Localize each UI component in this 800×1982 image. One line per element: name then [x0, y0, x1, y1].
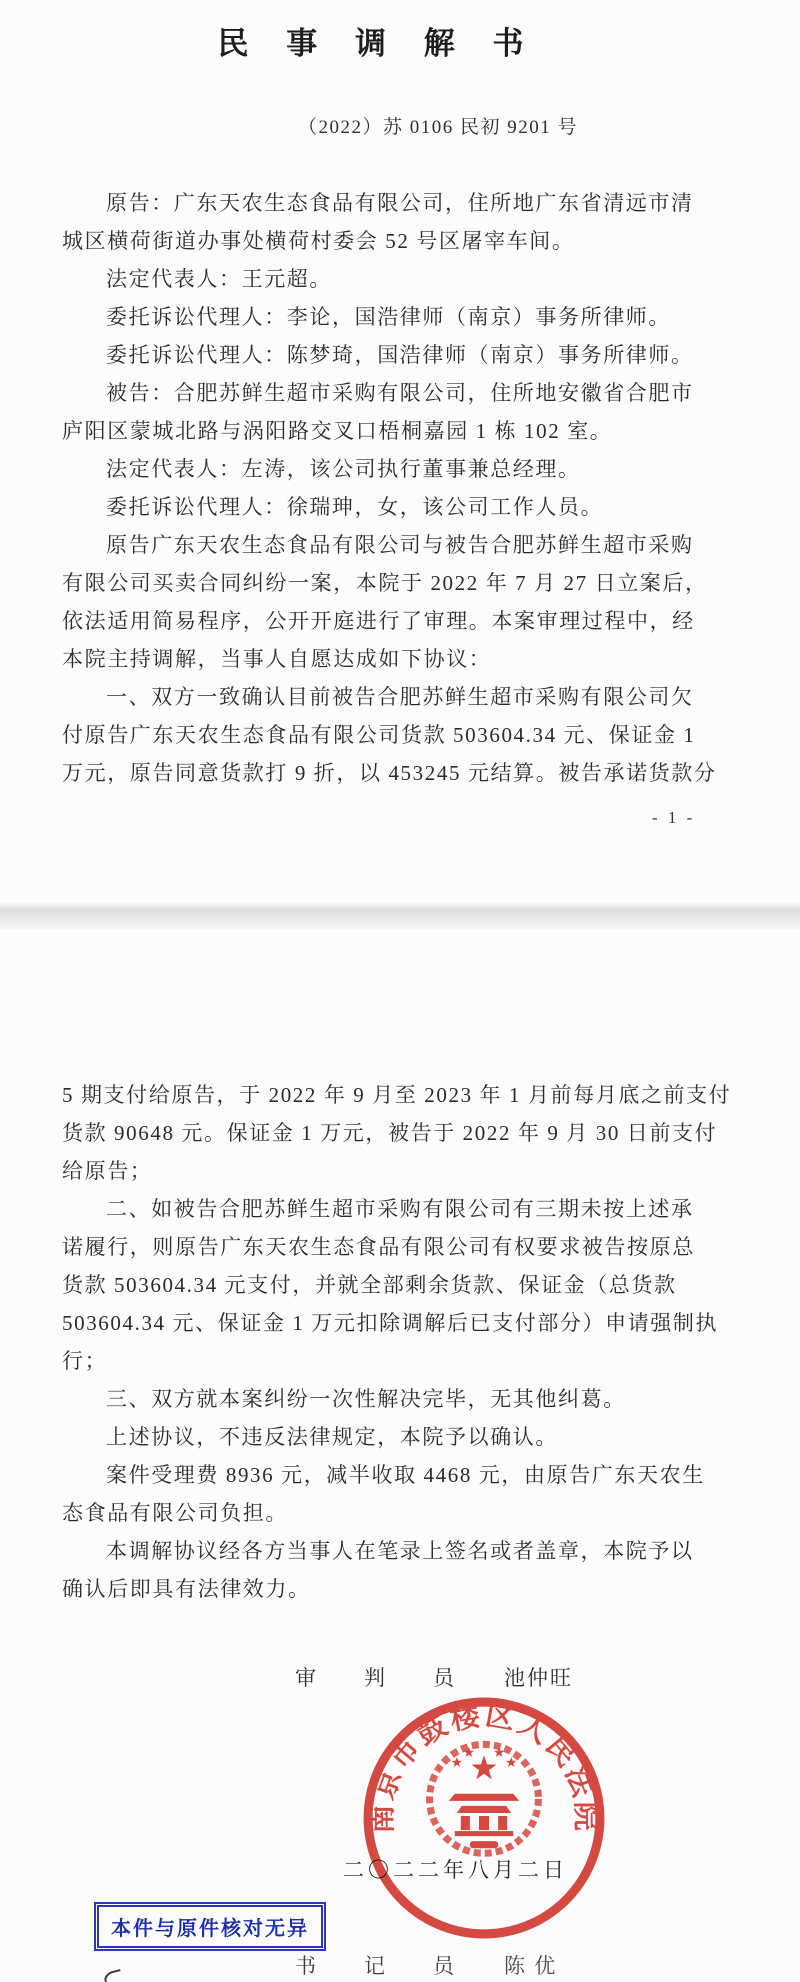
- judge-name: 池仲旺: [504, 1666, 573, 1690]
- page2-body-text: 5 期支付给原告，于 2022 年 9 月至 2023 年 1 月前每月底之前支…: [62, 1076, 742, 1608]
- body-line: 庐阳区蒙城北路与涡阳路交叉口梧桐嘉园 1 栋 102 室。: [62, 412, 742, 450]
- body-line: 城区横荷街道办事处横荷村委会 52 号区屠宰车间。: [62, 222, 742, 260]
- clerk-name: 陈 优: [504, 1954, 557, 1978]
- page-1: 民 事 调 解 书 （2022）苏 0106 民初 9201 号 原告：广东天农…: [0, 0, 800, 903]
- scanned-court-document: 民 事 调 解 书 （2022）苏 0106 民初 9201 号 原告：广东天农…: [0, 0, 800, 1982]
- body-line: 货款 90648 元。保证金 1 万元，被告于 2022 年 9 月 30 日前…: [62, 1114, 742, 1152]
- case-number: （2022）苏 0106 民初 9201 号: [298, 112, 578, 139]
- body-line: 5 期支付给原告，于 2022 年 9 月至 2023 年 1 月前每月底之前支…: [62, 1076, 742, 1114]
- body-line: 被告：合肥苏鲜生超市采购有限公司，住所地安徽省合肥市: [62, 374, 742, 412]
- page1-body-text: 原告：广东天农生态食品有限公司，住所地广东省清远市清城区横荷街道办事处横荷村委会…: [62, 184, 742, 792]
- body-line: 货款 503604.34 元支付，并就全部剩余货款、保证金（总货款: [62, 1266, 742, 1304]
- body-line: 委托诉讼代理人：徐瑞珅，女，该公司工作人员。: [62, 488, 742, 526]
- clerk-signature-line: 书 记 员陈 优: [295, 1950, 557, 1980]
- page-separator: [0, 903, 800, 929]
- body-line: 法定代表人：王元超。: [62, 260, 742, 298]
- body-line: 给原告；: [62, 1152, 742, 1190]
- body-line: 上述协议，不违反法律规定，本院予以确认。: [62, 1418, 742, 1456]
- judge-signature-line: 审 判 员池仲旺: [295, 1662, 573, 1692]
- certification-stamp: 本件与原件核对无异: [94, 1902, 326, 1951]
- body-line: 行；: [62, 1342, 742, 1380]
- body-line: 法定代表人：左涛，该公司执行董事兼总经理。: [62, 450, 742, 488]
- body-line: 本调解协议经各方当事人在笔录上签名或者盖章，本院予以: [62, 1532, 742, 1570]
- judge-role-label: 审 判 员: [295, 1666, 456, 1690]
- court-seal-stamp-icon: 南京市鼓楼区人民法院: [356, 1690, 612, 1946]
- body-line: 二、如被告合肥苏鲜生超市采购有限公司有三期未按上述承: [62, 1190, 742, 1228]
- body-line: 有限公司买卖合同纠纷一案，本院于 2022 年 7 月 27 日立案后，: [62, 564, 742, 602]
- national-emblem-icon: [430, 1744, 539, 1853]
- clerk-role-label: 书 记 员: [295, 1954, 456, 1978]
- body-line: 三、双方就本案纠纷一次性解决完毕，无其他纠葛。: [62, 1380, 742, 1418]
- handwritten-mark: [103, 1969, 124, 1982]
- body-line: 付原告广东天农生态食品有限公司货款 503604.34 元、保证金 1: [62, 716, 742, 754]
- page-2: 5 期支付给原告，于 2022 年 9 月至 2023 年 1 月前每月底之前支…: [0, 929, 800, 1982]
- page1-page-number: - 1 -: [652, 808, 695, 828]
- body-line: 诺履行，则原告广东天农生态食品有限公司有权要求被告按原总: [62, 1228, 742, 1266]
- body-line: 确认后即具有法律效力。: [62, 1570, 742, 1608]
- body-line: 委托诉讼代理人：陈梦琦，国浩律师（南京）事务所律师。: [62, 336, 742, 374]
- body-line: 案件受理费 8936 元，减半收取 4468 元，由原告广东天农生: [62, 1456, 742, 1494]
- body-line: 原告广东天农生态食品有限公司与被告合肥苏鲜生超市采购: [62, 526, 742, 564]
- body-line: 503604.34 元、保证金 1 万元扣除调解后已支付部分）申请强制执: [62, 1304, 742, 1342]
- body-line: 委托诉讼代理人：李论，国浩律师（南京）事务所律师。: [62, 298, 742, 336]
- document-title: 民 事 调 解 书: [0, 18, 778, 63]
- body-line: 依法适用简易程序，公开开庭进行了审理。本案审理过程中，经: [62, 602, 742, 640]
- body-line: 态食品有限公司负担。: [62, 1494, 742, 1532]
- body-line: 本院主持调解，当事人自愿达成如下协议：: [62, 640, 742, 678]
- body-line: 一、双方一致确认目前被告合肥苏鲜生超市采购有限公司欠: [62, 678, 742, 716]
- body-line: 万元，原告同意货款打 9 折，以 453245 元结算。被告承诺货款分: [62, 754, 742, 792]
- body-line: 原告：广东天农生态食品有限公司，住所地广东省清远市清: [62, 184, 742, 222]
- certification-stamp-text: 本件与原件核对无异: [111, 1918, 309, 1940]
